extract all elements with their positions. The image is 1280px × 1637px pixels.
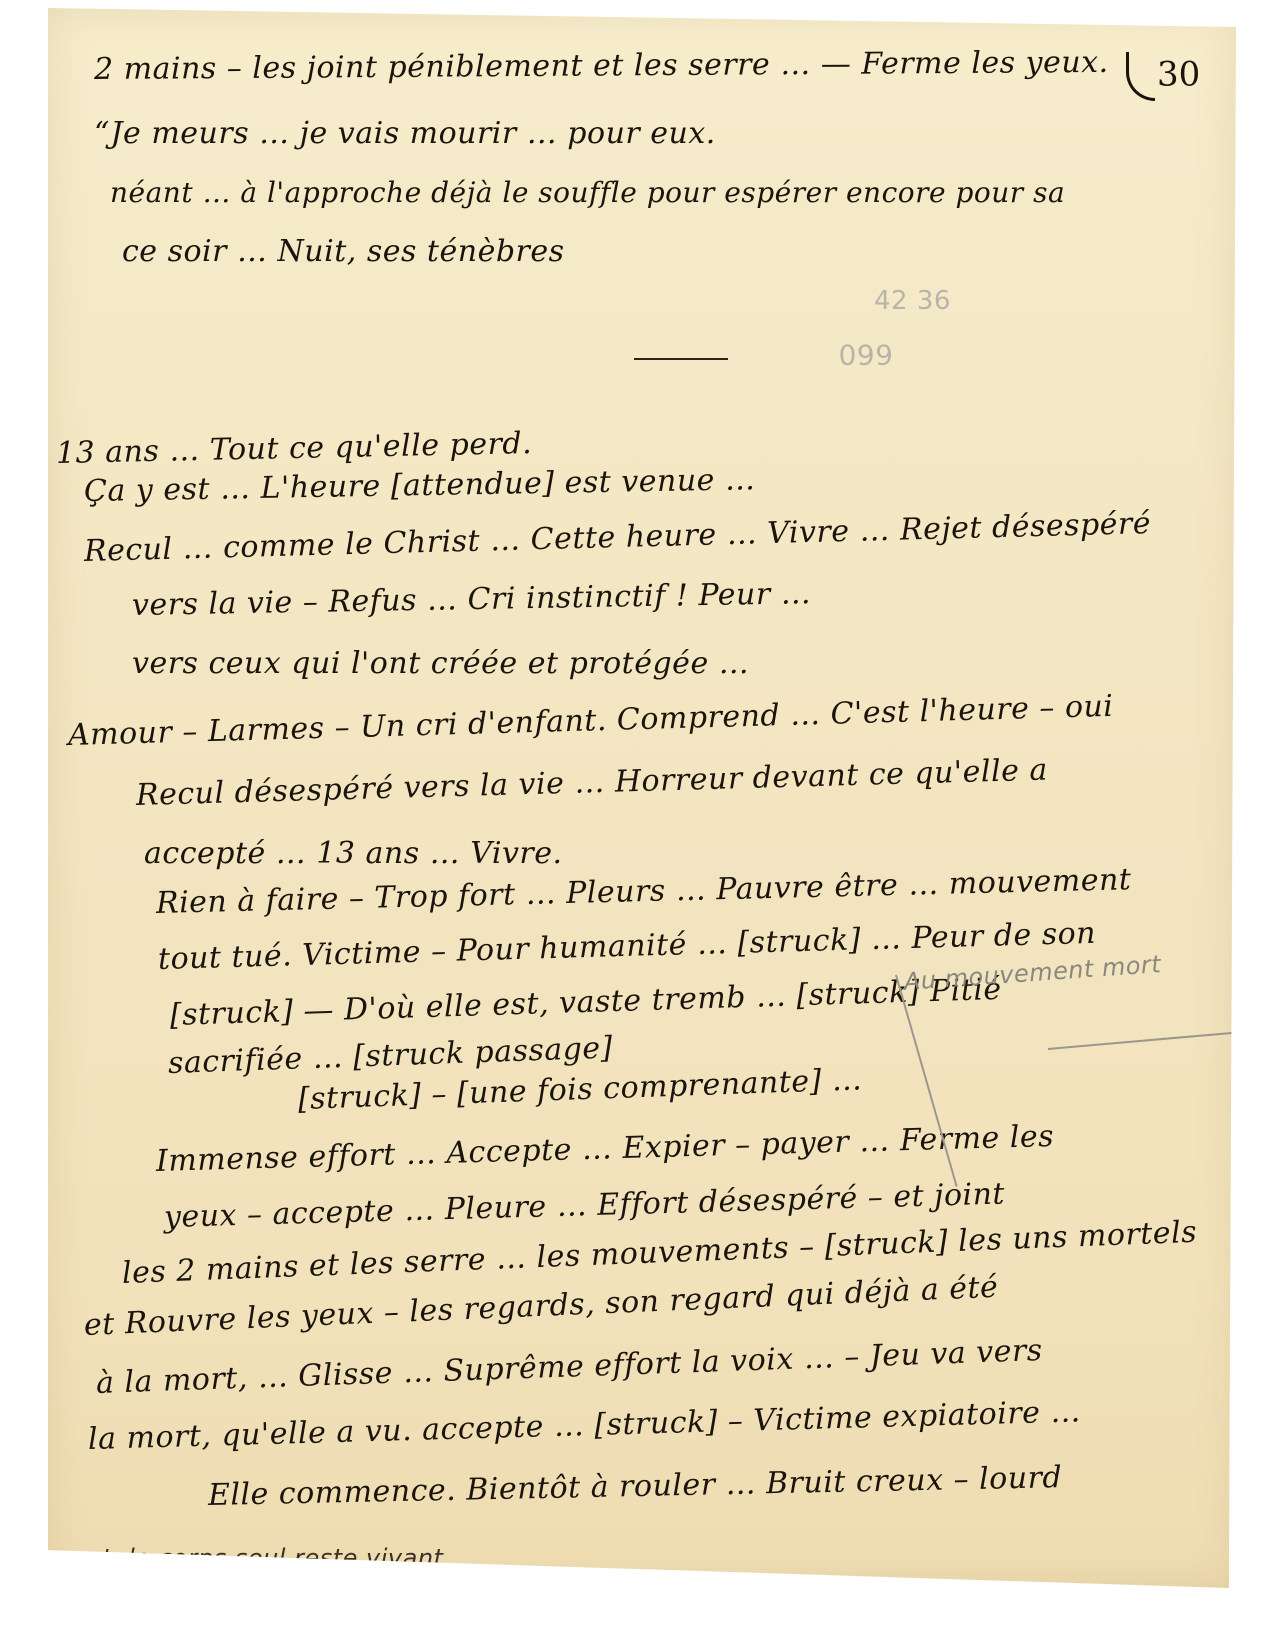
pencil-underline [1048,1031,1237,1050]
manuscript-line: vers ceux qui l'ont créée et protégée … [132,646,749,681]
manuscript-line: Elle commence. Bientôt à rouler … Bruit … [208,1460,1063,1513]
manuscript-line: néant … à l'approche déjà le souffle pou… [110,176,1065,209]
manuscript-line: la mort, qu'elle a vu. accepte … [struck… [88,1394,1082,1457]
manuscript-line: ce soir … Nuit, ses ténèbres [122,234,565,269]
manuscript-line: Recul … comme le Christ … Cette heure … … [84,506,1152,569]
manuscript-line: Ça y est … L'heure [attendue] est venue … [84,462,756,509]
bottom-margin-note: Durant, le corps seul reste vivant [26,1544,443,1572]
manuscript-page: 30 2 mains – les joint péniblement et le… [48,8,1236,1588]
manuscript-line: [struck] — D'où elle est, vaste tremb … … [169,972,1002,1033]
page-number: 30 [1126,52,1200,101]
paren-mark [1126,52,1155,101]
manuscript-line: “Je meurs … je vais mourir … pour eux. [94,116,716,151]
manuscript-line: accepté … 13 ans … Vivre. [144,836,563,871]
manuscript-line: vers la vie – Refus … Cri instinctif ! P… [132,576,812,623]
manuscript-line: Amour – Larmes – Un cri d'enfant. Compre… [68,689,1114,753]
manuscript-line: 2 mains – les joint péniblement et les s… [94,45,1109,87]
manuscript-line: 13 ans … Tout ce qu'elle perd. [56,426,533,471]
manuscript-line: à la mort, … Glisse … Suprême effort la … [95,1333,1043,1401]
pencil-number: 42 36 [874,286,951,316]
section-divider [634,358,728,360]
pencil-number: 660 [838,338,893,371]
pencil-margin-note: Au mouvement mort [903,950,1162,996]
manuscript-line: Immense effort … Accepte … Expier – paye… [156,1119,1055,1179]
manuscript-line: Recul désespéré vers la vie … Horreur de… [136,753,1049,813]
